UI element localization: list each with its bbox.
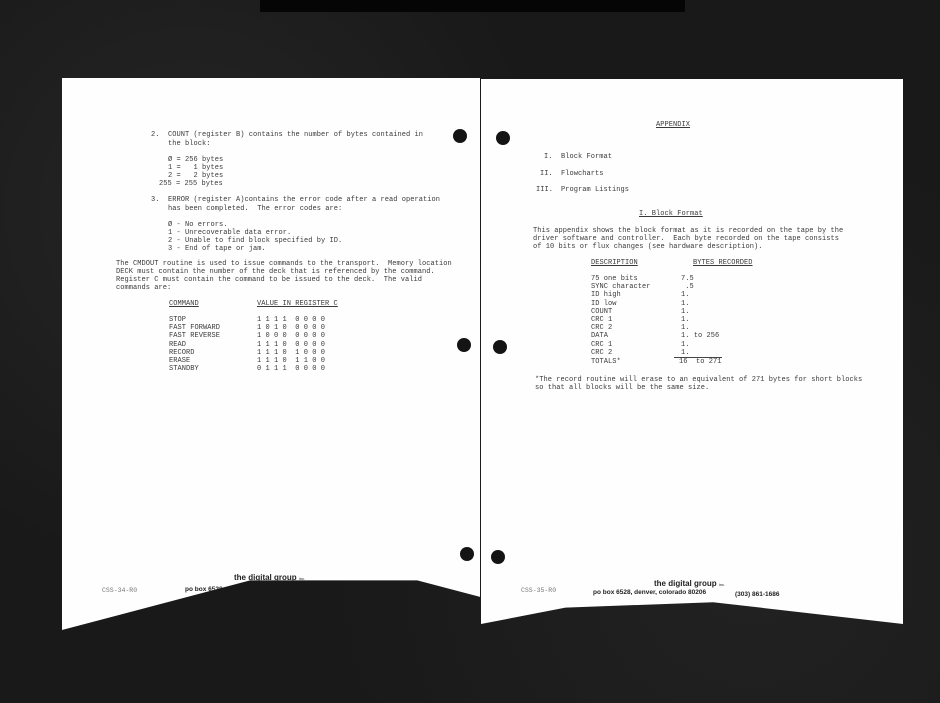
block-bytes: 1. (681, 300, 690, 308)
block-description: CRC 1 (591, 316, 612, 324)
command-header: COMMAND (169, 300, 199, 308)
toc-item: Program Listings (561, 186, 629, 194)
command-value: 1 1 1 1 0 0 0 0 (257, 316, 325, 324)
company-address: po box 6528, denver, colorado 80206 (593, 589, 706, 596)
totals-value: 16 to 271 (679, 358, 722, 366)
block-description: CRC 2 (591, 349, 612, 357)
value-header: VALUE IN REGISTER C (257, 300, 338, 308)
block-description: 75 one bits (591, 275, 638, 283)
command-name: FAST FORWARD (169, 324, 220, 332)
command-name: STANDBY (169, 365, 199, 373)
item-2-line1: COUNT (register B) contains the number o… (168, 131, 423, 139)
command-value: 1 1 1 0 0 0 0 0 (257, 341, 325, 349)
block-description: COUNT (591, 308, 612, 316)
bytes-header: BYTES RECORDED (693, 259, 753, 267)
left-page: 2. COUNT (register B) contains the numbe… (62, 78, 480, 630)
page-code: CSS-35-R0 (521, 587, 556, 594)
toc-number: II. (540, 170, 553, 178)
company-brand: the digital group inc. (654, 579, 725, 588)
binder-hole (460, 547, 474, 561)
block-bytes: 1. (681, 316, 690, 324)
count-value: 255 = 255 bytes (159, 180, 223, 188)
footnote-line: so that all blocks will be the same size… (535, 384, 709, 392)
intro-line: of 10 bits or flux changes (see hardware… (533, 243, 763, 251)
block-description: SYNC character (591, 283, 651, 291)
error-code: 3 - End of tape or jam. (168, 245, 266, 253)
page-code: CSS-34-R0 (102, 587, 137, 594)
block-description: CRC 2 (591, 324, 612, 332)
item-3-line1: ERROR (register A)contains the error cod… (168, 196, 440, 204)
toc-number: III. (536, 186, 553, 194)
block-bytes: 1. (681, 308, 690, 316)
block-description: DATA (591, 332, 608, 340)
item-3-number: 3. (151, 196, 160, 204)
command-name: FAST REVERSE (169, 332, 220, 340)
command-name: RECORD (169, 349, 195, 357)
command-value: 0 1 1 1 0 0 0 0 (257, 365, 325, 373)
command-value: 1 0 1 0 0 0 0 0 (257, 324, 325, 332)
toc-item: Flowcharts (561, 170, 604, 178)
block-bytes: .5 (681, 283, 694, 291)
block-description: ID high (591, 291, 621, 299)
binder-hole (493, 340, 507, 354)
item-2-number: 2. (151, 131, 160, 139)
scanner-edge (260, 0, 685, 12)
block-bytes: 1. (681, 349, 690, 357)
block-bytes: 1. (681, 324, 690, 332)
binder-hole (491, 550, 505, 564)
toc-item: Block Format (561, 153, 612, 161)
binder-hole (457, 338, 471, 352)
command-name: STOP (169, 316, 186, 324)
command-value: 1 1 1 0 1 0 0 0 (257, 349, 325, 357)
block-bytes: 1. (681, 341, 690, 349)
command-value: 1 0 0 0 0 0 0 0 (257, 332, 325, 340)
command-name: ERASE (169, 357, 190, 365)
toc-number: I. (544, 153, 553, 161)
right-page: APPENDIX I. Block Format II. Flowcharts … (481, 79, 903, 624)
block-bytes: 1. (681, 291, 690, 299)
binder-hole (496, 131, 510, 145)
description-header: DESCRIPTION (591, 259, 638, 267)
item-2-line2: the block: (168, 140, 211, 148)
company-phone: (303) 861-1686 (735, 591, 779, 598)
block-bytes: 7.5 (681, 275, 694, 283)
command-value: 1 1 1 0 1 1 0 0 (257, 357, 325, 365)
totals-label: TOTALS* (591, 358, 621, 366)
binder-hole (453, 129, 467, 143)
appendix-title: APPENDIX (656, 121, 690, 129)
section-title: I. Block Format (639, 210, 703, 218)
block-bytes: 1. to 256 (681, 332, 719, 340)
item-3-line2: has been completed. The error codes are: (168, 205, 342, 213)
block-description: CRC 1 (591, 341, 612, 349)
cmdout-paragraph-line: commands are: (116, 284, 171, 292)
command-name: READ (169, 341, 186, 349)
block-description: ID low (591, 300, 617, 308)
